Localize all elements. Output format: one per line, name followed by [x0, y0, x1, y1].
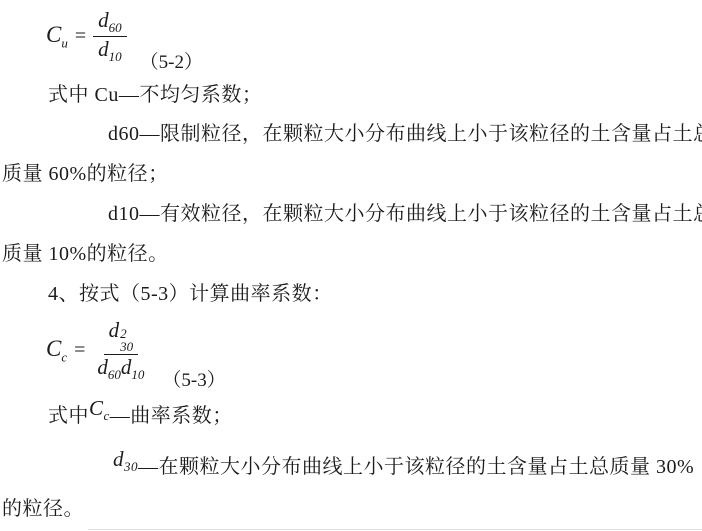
- cc-definition-line: 式中Cc—曲率系数；: [48, 404, 233, 434]
- d10-definition-line2: 质量 10%的粒径。: [2, 243, 169, 265]
- cc-variable: Cc: [46, 337, 67, 364]
- d-symbol: d: [109, 318, 120, 342]
- d60-definition-line2: 质量 60%的粒径；: [2, 163, 169, 185]
- cu-base: C: [46, 22, 61, 47]
- page-bottom-rule: [88, 529, 702, 530]
- numerator-d30-squared: d230: [104, 318, 139, 355]
- fraction-d30sq-d60d10: d230 d60d10: [92, 318, 149, 383]
- formula-5-3: Cc = d230 d60d10 （5-3）: [46, 318, 226, 383]
- d30-definition-line1: d30—在颗粒大小分布曲线上小于该粒径的土含量占土总质量 30%: [113, 455, 694, 485]
- d-symbol: d: [98, 8, 109, 32]
- d30-definition-text: —在颗粒大小分布曲线上小于该粒径的土含量占土总质量 30%: [138, 456, 694, 478]
- equation-number-5-3: （5-3）: [162, 365, 225, 392]
- d60-subscript: 60: [108, 367, 121, 382]
- denominator-d60-d10: d60d10: [92, 355, 149, 383]
- d10-subscript: 10: [109, 49, 122, 64]
- d-symbol: d: [98, 37, 109, 61]
- cc-definition-suffix: —曲率系数；: [110, 405, 233, 427]
- d30-sup-sub-stack: 230: [120, 327, 133, 353]
- d-symbol: d: [121, 355, 132, 379]
- d10-definition-line1: d10—有效粒径，在颗粒大小分布曲线上小于该粒径的土含量占土总: [108, 203, 702, 225]
- step4-heading: 4、按式（5-3）计算曲率系数：: [48, 283, 333, 305]
- d-symbol: d: [97, 355, 108, 379]
- d30-subscript: 30: [124, 459, 138, 474]
- cc-base: C: [89, 396, 104, 420]
- d60-definition-line1: d60—限制粒径，在颗粒大小分布曲线上小于该粒径的土含量占土总: [108, 123, 702, 145]
- cc-inline-symbol: Cc: [89, 397, 110, 427]
- cu-definition-line: 式中 Cu—不均匀系数；: [48, 84, 262, 106]
- d10-subscript: 10: [131, 367, 144, 382]
- equation-number-5-2: （5-2）: [140, 47, 203, 74]
- equals-sign: =: [68, 25, 93, 48]
- numerator-d60: d60: [93, 8, 127, 37]
- fraction-d60-d10: d60 d10: [93, 8, 127, 65]
- cc-definition-prefix: 式中: [48, 405, 89, 427]
- d-symbol: d: [113, 447, 124, 471]
- d30-subscript: 30: [120, 340, 133, 353]
- cc-subscript: c: [104, 408, 110, 423]
- document-page: Cu = d60 d10 （5-2） 式中 Cu—不均匀系数； d60—限制粒径…: [0, 0, 702, 531]
- d30-definition-line2: 的粒径。: [2, 498, 84, 520]
- d30-inline-symbol: d30: [113, 448, 138, 478]
- formula-5-2: Cu = d60 d10 （5-2）: [46, 8, 203, 65]
- denominator-d10: d10: [93, 37, 127, 65]
- equals-sign: =: [67, 339, 92, 362]
- cu-variable: Cu: [46, 23, 68, 50]
- d60-subscript: 60: [109, 20, 122, 35]
- cc-base: C: [46, 336, 61, 361]
